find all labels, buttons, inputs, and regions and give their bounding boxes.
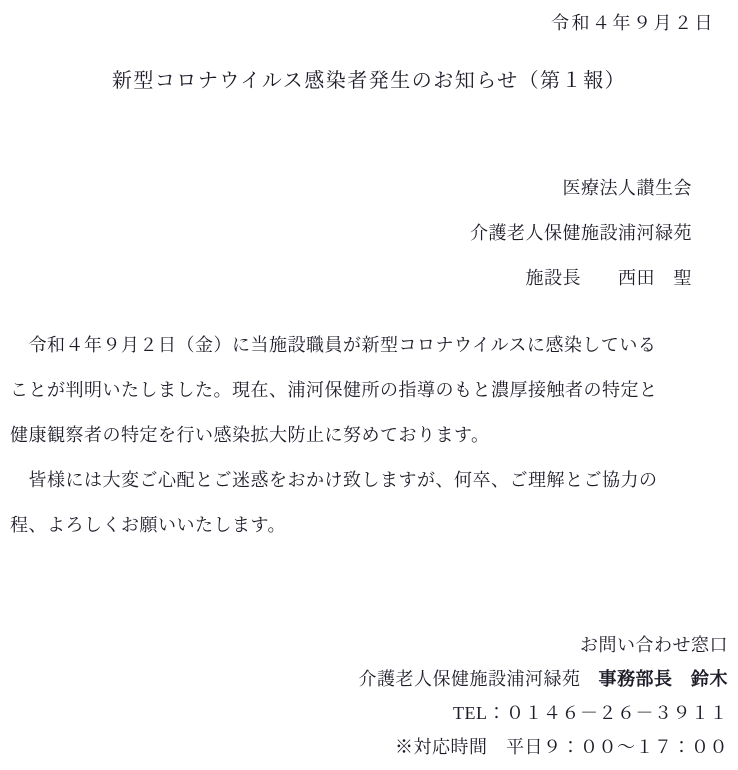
document-title: 新型コロナウイルス感染者発生のお知らせ（第１報） <box>0 66 738 96</box>
body-text: 令和４年９月２日（金）に当施設職員が新型コロナウイルスに感染していることが判明い… <box>10 323 672 548</box>
body-paragraph-1: 令和４年９月２日（金）に当施設職員が新型コロナウイルスに感染していることが判明い… <box>10 323 672 458</box>
contact-hours: ※対応時間 平日９：００～１７：００ <box>0 730 728 764</box>
sender-block: 医療法人讃生会 介護老人保健施設浦河緑苑 施設長 西田 聖 <box>0 166 738 301</box>
sender-organization: 医療法人讃生会 <box>0 166 692 211</box>
contact-person: 事務部長 鈴木 <box>599 669 729 689</box>
contact-facility: 介護老人保健施設浦河緑苑 <box>359 669 581 689</box>
contact-facility-line: 介護老人保健施設浦河緑苑事務部長 鈴木 <box>0 662 728 696</box>
notice-document: 令和４年９月２日 新型コロナウイルス感染者発生のお知らせ（第１報） 医療法人讃生… <box>0 0 738 770</box>
body-paragraph-2: 皆様には大変ご心配とご迷惑をおかけ致しますが、何卒、ご理解とご協力の程、よろしく… <box>10 458 672 548</box>
document-date: 令和４年９月２日 <box>0 10 738 36</box>
contact-block: お問い合わせ窓口 介護老人保健施設浦河緑苑事務部長 鈴木 TEL：０１４６－２６… <box>0 628 738 764</box>
sender-signer: 施設長 西田 聖 <box>0 256 692 301</box>
contact-heading: お問い合わせ窓口 <box>0 628 728 662</box>
contact-tel: TEL：０１４６－２６－３９１１ <box>0 696 728 730</box>
sender-facility: 介護老人保健施設浦河緑苑 <box>0 211 692 256</box>
